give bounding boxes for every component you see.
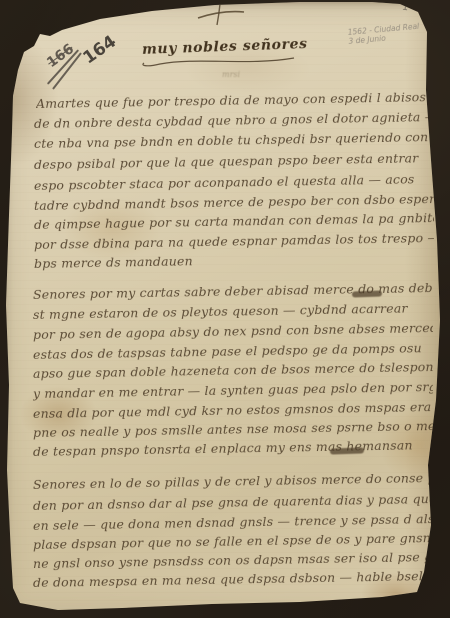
faint-ink-mark: mrsi (222, 70, 240, 79)
title-flourish (138, 53, 298, 72)
crossed-out-word (352, 290, 382, 297)
manuscript-scan: 166 164 1 1562 - Ciudad Real 3 de Junio … (0, 0, 450, 618)
text-line: cte nba vna pse bndn en doble tu chspedi… (34, 129, 434, 153)
text-line: despo psibal por que la que quespan pspo… (34, 150, 434, 174)
folio-number: 164 (79, 32, 120, 69)
invocation-cross-icon (196, 2, 248, 30)
wormhole (24, 36, 30, 43)
manuscript-paper: 166 164 1 1562 - Ciudad Real 3 de Junio … (0, 0, 450, 618)
archivist-pencil-note: 1562 - Ciudad Real 3 de Junio (347, 20, 438, 46)
page-number: 1 (401, 2, 409, 14)
text-line: Senores en lo de so pillas y de crel y a… (33, 470, 433, 494)
crossed-out-word (330, 447, 364, 454)
